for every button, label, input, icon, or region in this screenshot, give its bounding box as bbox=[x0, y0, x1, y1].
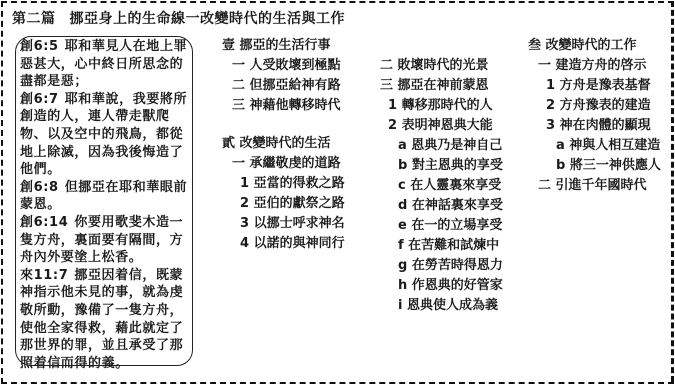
outline-item: 一 承繼敬虔的道路 bbox=[222, 154, 345, 174]
outline-heading: 叁 改變時代的工作 bbox=[528, 36, 661, 56]
outline-item: 2 表明神恩典大能 bbox=[370, 116, 503, 136]
outline-item: 2 方舟豫表的建造 bbox=[528, 96, 661, 116]
outline-item: 二 但挪亞給神有路 bbox=[222, 76, 345, 96]
outline-item: a 恩典乃是神自己 bbox=[370, 136, 503, 156]
outline-item: 二 引進千年國時代 bbox=[528, 176, 661, 196]
verse-reference: 創6:7 bbox=[20, 92, 59, 107]
outline-item: f 在苦難和試煉中 bbox=[370, 236, 503, 256]
verse-text: 挪亞因着信，既蒙神指示他未見的事，就為虔敬所動，豫備了一隻方舟，使他全家得救，藉… bbox=[20, 268, 183, 371]
outline-item: 一 建造方舟的啓示 bbox=[528, 56, 661, 76]
scripture-verse: 創6:5耶和華見人在地上罪惡甚大，心中終日所思念的盡都是惡； bbox=[20, 38, 192, 91]
outline-item: b 將三一神供應人 bbox=[528, 156, 661, 176]
scripture-verse: 來11:7挪亞因着信，既蒙神指示他未見的事，就為虔敬所動，豫備了一隻方舟，使他全… bbox=[20, 267, 192, 373]
scripture-box: 創6:5耶和華見人在地上罪惡甚大，心中終日所思念的盡都是惡；創6:7耶和華說，我… bbox=[15, 36, 193, 366]
outline-item: h 作恩典的好管家 bbox=[370, 276, 503, 296]
outline-column-1: 壹 挪亞的生活行事一 人受敗壞到極點二 但挪亞給神有路三 神藉他轉移時代貳 改變… bbox=[222, 36, 345, 254]
verse-reference: 創6:8 bbox=[20, 180, 59, 195]
outline-item: 一 人受敗壞到極點 bbox=[222, 56, 345, 76]
verse-reference: 來11:7 bbox=[20, 268, 68, 283]
title-part: 第二篇 bbox=[12, 11, 56, 27]
scripture-verse: 創6:8但挪亞在耶和華眼前蒙恩。 bbox=[20, 179, 192, 214]
outline-item: d 在神話裏來享受 bbox=[370, 196, 503, 216]
verse-reference: 創6:5 bbox=[20, 39, 59, 54]
page-frame-right-edge bbox=[671, 1, 674, 382]
outline-item: 3 神在肉體的顯現 bbox=[528, 116, 661, 136]
outline-item: 1 方舟是豫表基督 bbox=[528, 76, 661, 96]
outline-item: c 在人靈裏來享受 bbox=[370, 176, 503, 196]
outline-item: 3 以挪士呼求神名 bbox=[222, 214, 345, 234]
outline-item: a 神與人相互建造 bbox=[528, 136, 661, 156]
outline-item: 2 亞伯的獻祭之路 bbox=[222, 194, 345, 214]
page-title: 第二篇挪亞身上的生命線一改變時代的生活與工作 bbox=[12, 8, 345, 28]
title-text: 挪亞身上的生命線一改變時代的生活與工作 bbox=[70, 11, 346, 27]
outline-item: 三 神藉他轉移時代 bbox=[222, 96, 345, 116]
scripture-verse: 創6:14你要用歌斐木造一隻方舟，裏面要有隔間，方舟內外要塗上松香。 bbox=[20, 214, 192, 267]
outline-column-3: 叁 改變時代的工作一 建造方舟的啓示1 方舟是豫表基督2 方舟豫表的建造3 神在… bbox=[528, 36, 661, 196]
outline-item: 三 挪亞在神前蒙恩 bbox=[370, 76, 503, 96]
outline-item: e 在一的立場享受 bbox=[370, 216, 503, 236]
outline-column-2: 二 敗壞時代的光景三 挪亞在神前蒙恩1 轉移那時代的人2 表明神恩典大能a 恩典… bbox=[370, 56, 503, 316]
outline-spacer bbox=[222, 116, 345, 134]
outline-item: 1 轉移那時代的人 bbox=[370, 96, 503, 116]
outline-item: 4 以諾的與神同行 bbox=[222, 234, 345, 254]
outline-heading: 壹 挪亞的生活行事 bbox=[222, 36, 345, 56]
outline-item: 二 敗壞時代的光景 bbox=[370, 56, 503, 76]
outline-item: b 對主恩典的享受 bbox=[370, 156, 503, 176]
outline-item: 1 亞當的得救之路 bbox=[222, 174, 345, 194]
outline-heading: 貳 改變時代的生活 bbox=[222, 134, 345, 154]
outline-item: i 恩典使人成為義 bbox=[370, 296, 503, 316]
scripture-verse: 創6:7耶和華說，我要將所創造的人，連人帶走獸爬物、以及空中的飛鳥，都從地上除滅… bbox=[20, 91, 192, 179]
outline-item: g 在勞苦時得恩力 bbox=[370, 256, 503, 276]
verse-reference: 創6:14 bbox=[20, 215, 68, 230]
